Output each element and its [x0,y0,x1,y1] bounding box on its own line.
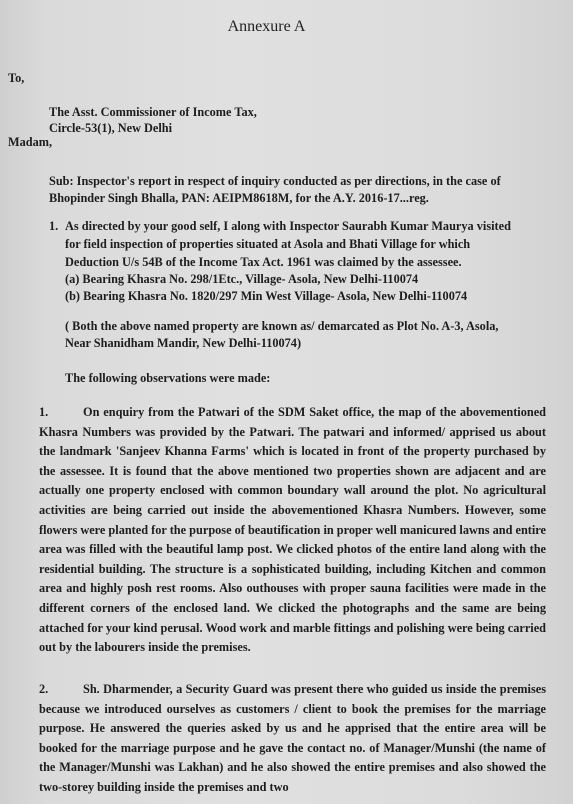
addressee-line: Circle-53(1), New Delhi [49,120,172,137]
subject-line: Bhopinder Singh Bhalla, PAN: AEIPM8618M,… [49,190,429,207]
observations-heading: The following observations were made: [65,370,270,387]
note-line: Near Shanidham Mandir, New Delhi-110074) [65,335,301,352]
observation-number: 1. [39,403,83,423]
note-line: ( Both the above named property are know… [65,318,498,335]
document-title: Annexure A [0,18,533,36]
observation-text: Sh. Dharmender, a Security Guard was pre… [39,682,546,794]
intro-number: 1. [49,218,58,235]
property-item: (a) Bearing Khasra No. 298/1Etc., Villag… [65,271,418,288]
salutation: Madam, [8,134,52,151]
addressee-line: The Asst. Commissioner of Income Tax, [49,104,257,121]
observation-text: On enquiry from the Patwari of the SDM S… [39,405,546,654]
property-item: (b) Bearing Khasra No. 1820/297 Min West… [65,288,467,305]
observation-number: 2. [39,680,83,700]
salutation-to: To, [8,70,24,87]
intro-line: for field inspection of properties situa… [65,236,470,253]
scanned-document-page: Annexure A To, The Asst. Commissioner of… [0,0,573,804]
intro-line: As directed by your good self, I along w… [65,218,511,235]
subject-line: Sub: Inspector's report in respect of in… [49,173,501,190]
intro-line: Deduction U/s 54B of the Income Tax Act.… [65,254,462,271]
observation-paragraph: 2.Sh. Dharmender, a Security Guard was p… [39,680,546,798]
observation-paragraph: 1.On enquiry from the Patwari of the SDM… [39,403,546,658]
